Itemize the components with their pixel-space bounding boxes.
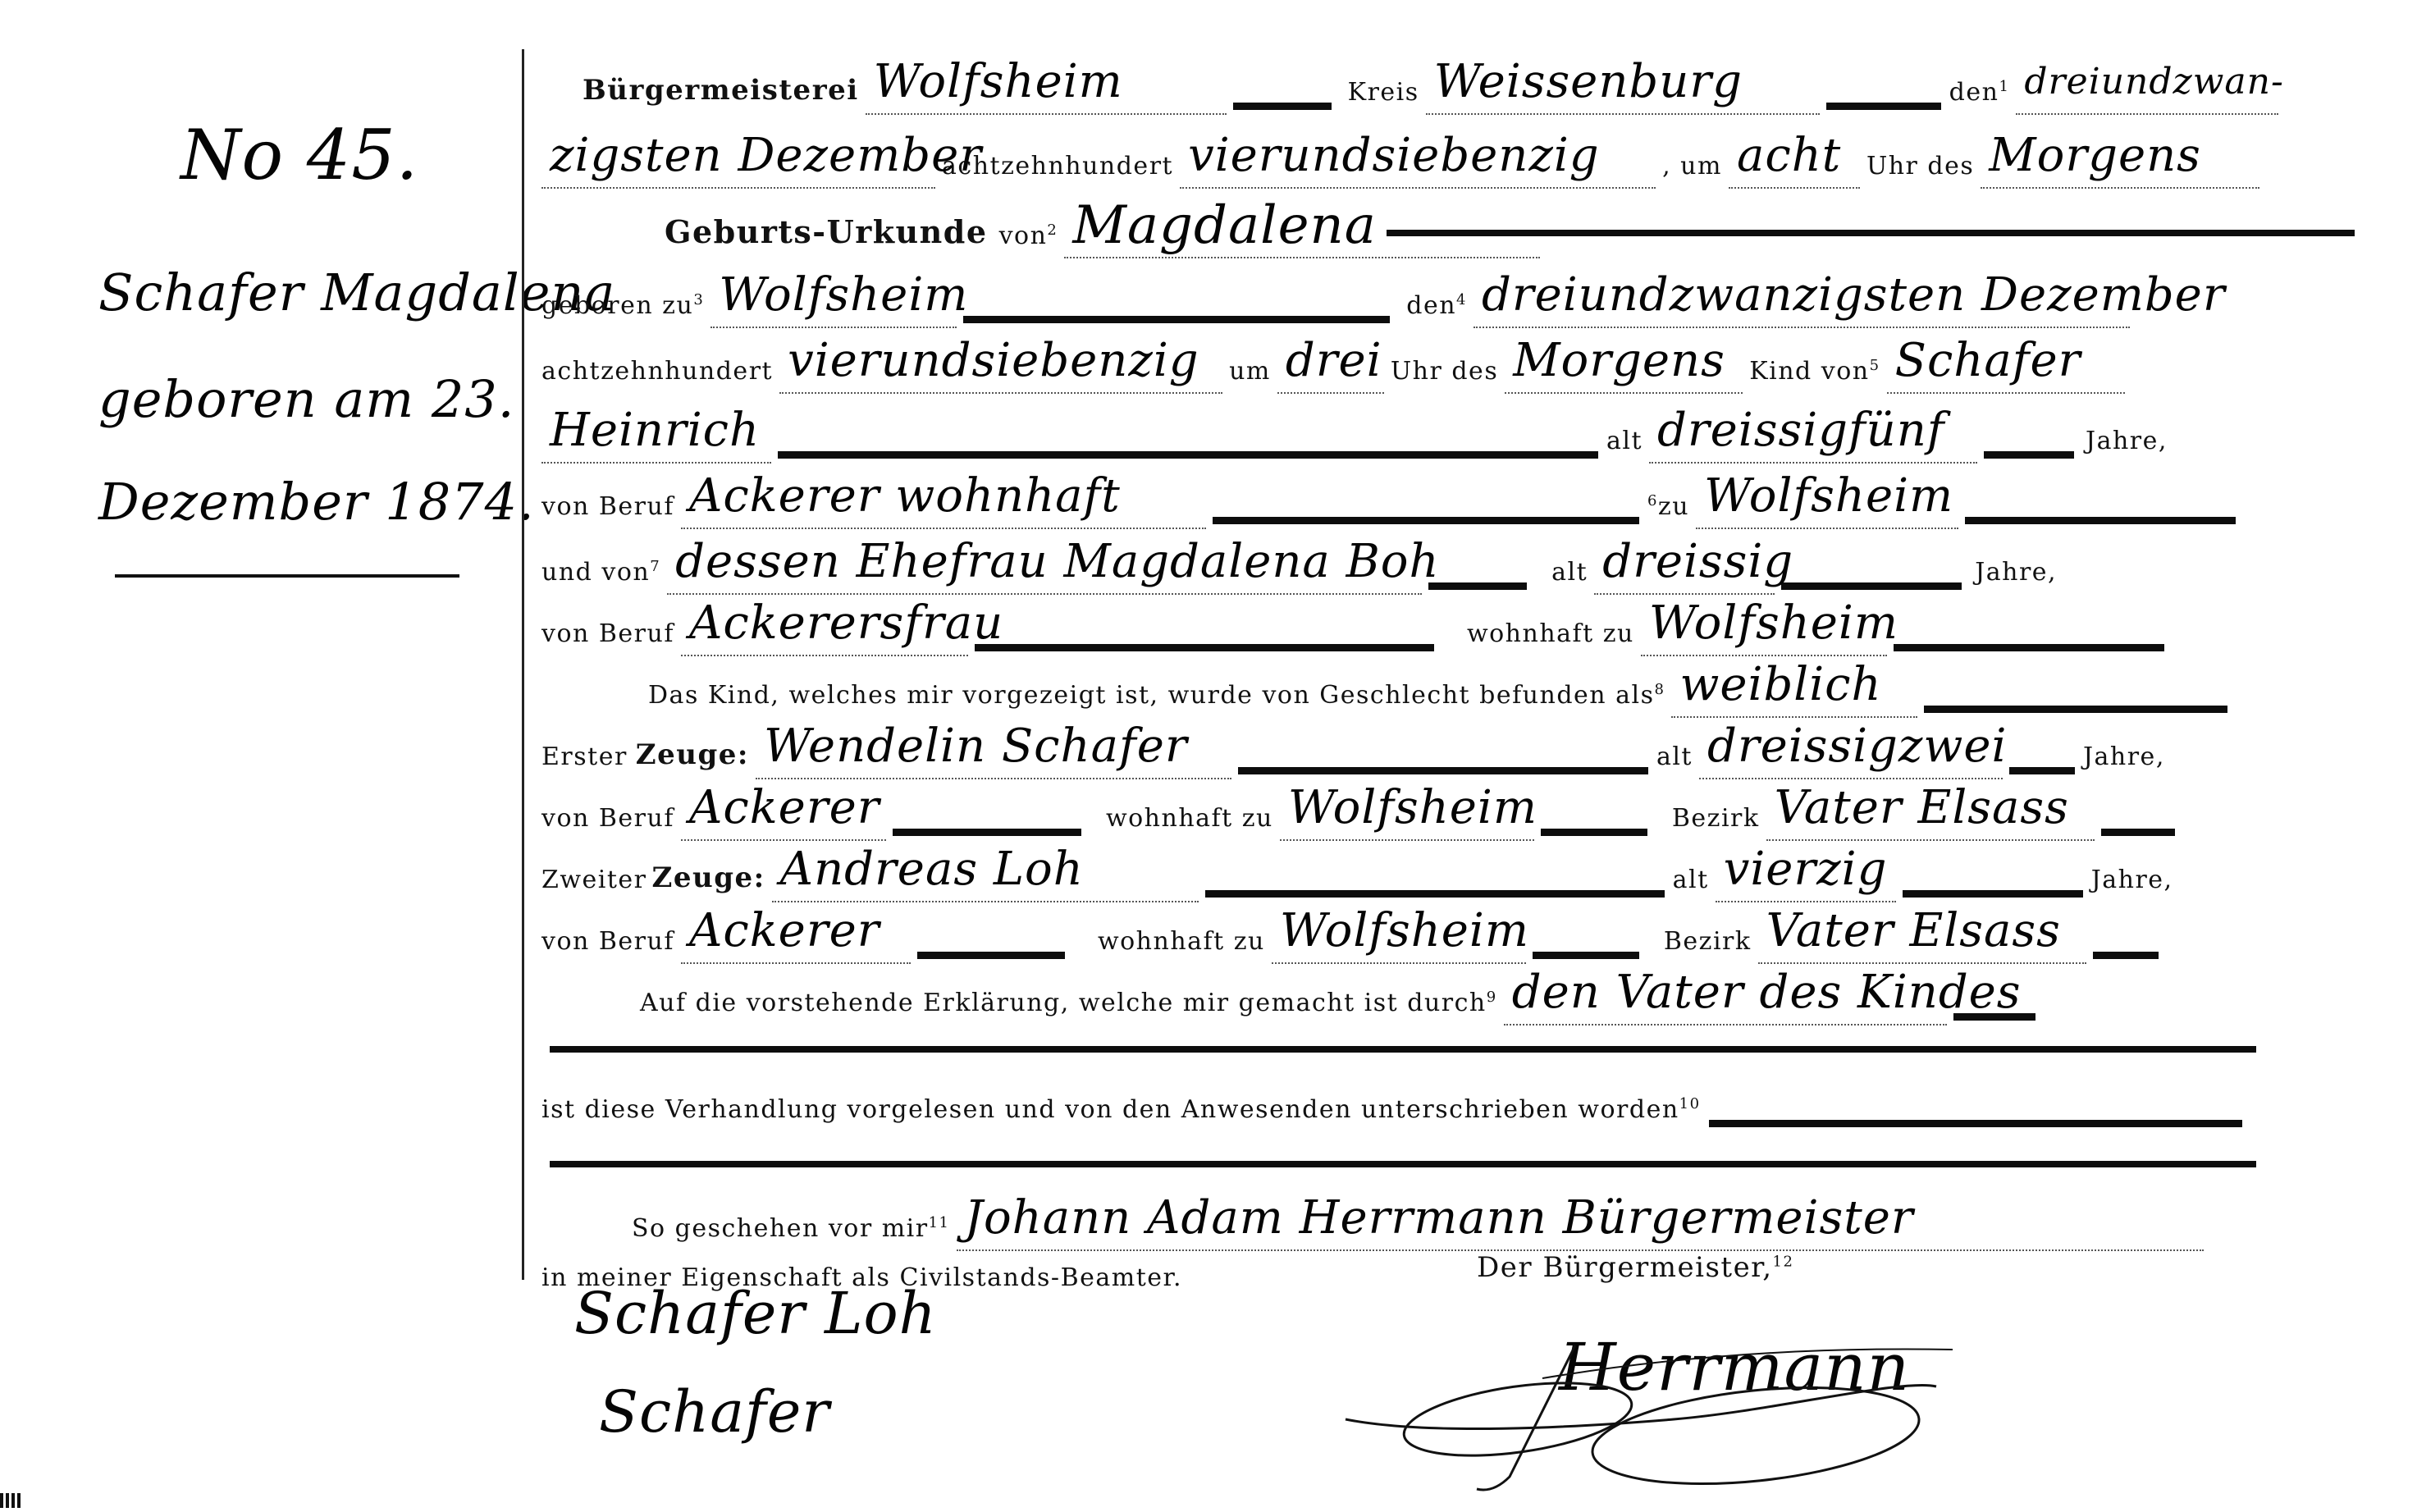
- row-witness-1: Erster Zeuge: Wendelin Schafer alt dreis…: [541, 714, 2165, 779]
- fill-line: [1894, 644, 2164, 651]
- fill-line: [2009, 767, 2075, 774]
- fill-line: [1533, 952, 1639, 959]
- margin-line-3: Dezember 1874.: [98, 472, 535, 532]
- label-von: von2: [999, 222, 1058, 258]
- label-bezirk: Bezirk: [1672, 804, 1760, 841]
- field-time-of-day: Morgens: [1981, 130, 2259, 189]
- field-father-given: Heinrich: [541, 404, 771, 464]
- field-witness-1-residence: Wolfsheim: [1280, 782, 1534, 841]
- margin-divider: [522, 49, 524, 1280]
- row-father-occupation: von Beruf Ackerer wohnhaft 6zu Wolfsheim: [541, 464, 2236, 529]
- label-jahre: Jahre,: [1975, 558, 2057, 595]
- label-alt: alt: [1606, 427, 1643, 464]
- fill-line: [1428, 582, 1527, 590]
- label-alt: alt: [1551, 558, 1588, 595]
- document-title: Geburts-Urkunde: [665, 213, 988, 258]
- label-uhr-des: Uhr des: [1866, 152, 1974, 189]
- field-birth-year: vierundsiebenzig: [779, 335, 1222, 394]
- label-bezirk: Bezirk: [1664, 927, 1752, 964]
- official-title: Der Bürgermeister,12: [1477, 1251, 1793, 1292]
- fill-line: [1709, 1120, 2242, 1127]
- fill-line: [1541, 829, 1647, 836]
- field-birth-hour: drei: [1277, 335, 1384, 394]
- label-und-von: und von7: [541, 558, 660, 595]
- row-title: Geburts-Urkunde von2 Magdalena: [541, 193, 1547, 258]
- label-jahre: Jahre,: [2086, 427, 2168, 464]
- row-sex: Das Kind, welches mir vorgezeigt ist, wu…: [541, 652, 2227, 718]
- row-father-age: Heinrich alt dreissigfünf Jahre,: [541, 398, 2168, 464]
- row-birth-place: geboren zu3 Wolfsheim den4 dreiundzwanzi…: [541, 263, 2136, 328]
- row-witness-2-details: von Beruf Ackerer wohnhaft zu Wolfsheim …: [541, 898, 2159, 964]
- row-mother: und von7 dessen Ehefrau Magdalena Boh al…: [541, 529, 2057, 595]
- field-child-name: Magdalena: [1064, 199, 1540, 258]
- field-mother-residence: Wolfsheim: [1641, 597, 1887, 656]
- fill-line: [1924, 706, 2227, 713]
- field-birth-place: Wolfsheim: [710, 269, 957, 328]
- birth-certificate-page: No 45. Schafer Magdalena geboren am 23. …: [0, 0, 2417, 1512]
- row-reading: ist diese Verhandlung vorgelesen und von…: [541, 1067, 2242, 1132]
- row-witness-1-details: von Beruf Ackerer wohnhaft zu Wolfsheim …: [541, 775, 2175, 841]
- label-jahre: Jahre,: [2083, 742, 2165, 779]
- row-declaration: Auf die vorstehende Erklärung, welche mi…: [541, 960, 2035, 1026]
- scan-artifact: [0, 1493, 21, 1508]
- label-zeuge: Zeuge:: [652, 861, 765, 902]
- field-witness-2-occupation: Ackerer: [681, 905, 911, 964]
- fill-line: [917, 952, 1065, 959]
- label-von-beruf: von Beruf: [541, 927, 674, 964]
- label-geboren-zu: geboren zu3: [541, 291, 704, 328]
- row-witness-2: Zweiter Zeuge: Andreas Loh alt vierzig J…: [541, 837, 2173, 902]
- fill-line: [1238, 767, 1648, 774]
- field-witness-1-name: Wendelin Schafer: [756, 720, 1231, 779]
- label-wohnhaft-zu: wohnhaft zu: [1467, 619, 1634, 656]
- label-reading: ist diese Verhandlung vorgelesen und von…: [541, 1095, 1701, 1132]
- label-um: , um: [1662, 152, 1722, 189]
- field-hour: acht: [1729, 130, 1860, 189]
- field-buergermeisterei: Wolfsheim: [866, 56, 1227, 115]
- label-jahre: Jahre,: [2091, 866, 2173, 902]
- field-father-residence: Wolfsheim: [1696, 470, 1958, 529]
- row-birth-year: achtzehnhundert vierundsiebenzig um drei…: [541, 328, 2131, 394]
- fill-line: [2093, 952, 2159, 959]
- field-year: vierundsiebenzig: [1180, 130, 1656, 189]
- fill-line: [1233, 103, 1332, 110]
- label-zeuge: Zeuge:: [636, 738, 749, 779]
- fill-line: [1781, 582, 1962, 590]
- fill-line: [1205, 890, 1665, 898]
- label-achtzehnhundert: achtzehnhundert: [541, 357, 773, 394]
- signature-flourish-icon: [1329, 1329, 1953, 1493]
- row-header-date: zigsten Dezember achtzehnhundert vierund…: [541, 123, 2266, 189]
- margin-underline: [115, 574, 459, 578]
- fill-line: [975, 644, 1434, 651]
- official-signature: Herrmann: [1329, 1329, 1953, 1493]
- witness-signatures-line-2: Schafer: [599, 1378, 830, 1446]
- label-um: um: [1229, 357, 1271, 394]
- field-mother-age: dreissig: [1594, 536, 1775, 595]
- field-father-surname: Schafer: [1887, 335, 2125, 394]
- field-witness-2-age: vierzig: [1716, 843, 1896, 902]
- label-declaration: Auf die vorstehende Erklärung, welche mi…: [640, 989, 1497, 1026]
- label-den: den4: [1406, 291, 1467, 328]
- label-den: den1: [1949, 78, 2010, 115]
- field-birth-date: dreiundzwanzigsten Dezember: [1474, 269, 2130, 328]
- field-witness-1-bezirk: Vater Elsass: [1766, 782, 2095, 841]
- label-uhr-des: Uhr des: [1391, 357, 1498, 394]
- witness-signatures-line-1: Schafer Loh: [574, 1280, 937, 1347]
- fill-line: [1903, 890, 2083, 898]
- rule-line: [1387, 230, 2355, 236]
- field-birth-time-of-day: Morgens: [1505, 335, 1743, 394]
- field-mother-occupation: Ackerersfrau: [681, 597, 968, 656]
- fill-line: [893, 829, 1081, 836]
- field-witness-1-occupation: Ackerer: [681, 782, 886, 841]
- label-erster: Erster: [541, 742, 628, 779]
- label-kind-von: Kind von5: [1749, 357, 1880, 394]
- field-witness-2-residence: Wolfsheim: [1272, 905, 1526, 964]
- field-witness-1-age: dreissigzwei: [1699, 720, 2003, 779]
- rule-line: [550, 1161, 2256, 1167]
- field-kreis: Weissenburg: [1426, 56, 1820, 115]
- label-zu: 6zu: [1647, 492, 1689, 529]
- row-mother-occupation: von Beruf Ackerersfrau wohnhaft zu Wolfs…: [541, 591, 2164, 656]
- field-sex: weiblich: [1671, 659, 1917, 718]
- field-witness-2-name: Andreas Loh: [772, 843, 1199, 902]
- label-buergermeisterei: Bürgermeisterei: [583, 74, 859, 115]
- field-mother-name: dessen Ehefrau Magdalena Boh: [667, 536, 1422, 595]
- label-alt: alt: [1656, 742, 1693, 779]
- field-father-age: dreissigfünf: [1649, 404, 1977, 464]
- label-sex: Das Kind, welches mir vorgezeigt ist, wu…: [648, 681, 1665, 718]
- label-von-beruf: von Beruf: [541, 619, 674, 656]
- margin-line-2: geboren am 23.: [98, 369, 514, 429]
- fill-line: [1213, 517, 1639, 524]
- fill-line: [1965, 517, 2236, 524]
- field-witness-2-bezirk: Vater Elsass: [1758, 905, 2086, 964]
- fill-line: [963, 316, 1390, 323]
- label-von-beruf: von Beruf: [541, 804, 674, 841]
- fill-line: [778, 451, 1598, 459]
- label-wohnhaft-zu: wohnhaft zu: [1098, 927, 1265, 964]
- label-zweiter: Zweiter: [541, 866, 647, 902]
- label-alt: alt: [1673, 866, 1709, 902]
- label-wohnhaft-zu: wohnhaft zu: [1106, 804, 1273, 841]
- rule-line: [550, 1046, 2256, 1053]
- fill-line: [2101, 829, 2175, 836]
- register-number: No 45.: [180, 115, 418, 195]
- label-von-beruf: von Beruf: [541, 492, 674, 529]
- fill-line: [1984, 451, 2074, 459]
- field-date-cont: zigsten Dezember: [541, 130, 935, 189]
- field-date-day: dreiundzwan-: [2016, 56, 2278, 115]
- fill-line: [1826, 103, 1941, 110]
- margin-line-1: Schafer Magdalena: [98, 263, 615, 322]
- row-header: Bürgermeisterei Wolfsheim Kreis Weissenb…: [541, 49, 2285, 115]
- field-father-occupation: Ackerer wohnhaft: [681, 470, 1206, 529]
- label-kreis: Kreis: [1348, 78, 1419, 115]
- field-declarant: den Vater des Kindes: [1504, 966, 1947, 1026]
